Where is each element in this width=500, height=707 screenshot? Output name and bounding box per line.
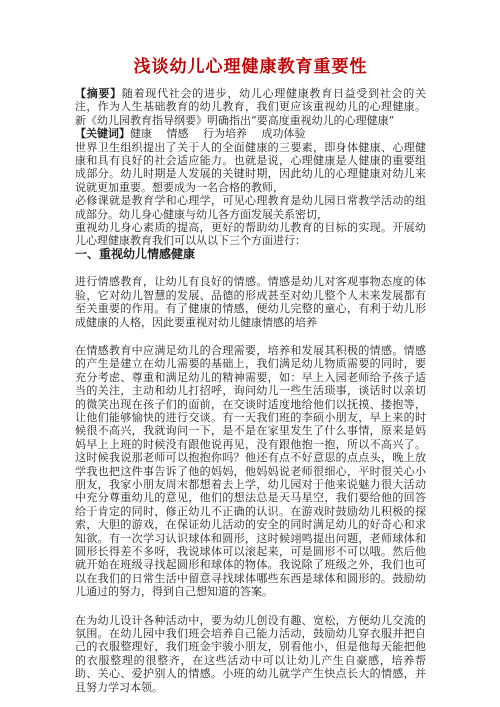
intro-paragraph-1: 世界卫生组织提出了关于人的全面健康的三要素，即身体健康、心理健康和具有良好的社会…: [75, 141, 426, 195]
section1-paragraph-3: 在为幼儿设计各种活动中，要为幼儿创设有趣、宽松，方便幼儿交流的氛围。在幼儿园中我…: [75, 614, 426, 694]
document-title: 浅谈幼儿心理健康教育重要性: [75, 56, 426, 78]
keywords-label: 【关键词】: [75, 127, 130, 140]
section-heading-emotional-health: 一、重视幼儿情感健康: [75, 248, 426, 261]
keywords-text: 健康 情感 行为培养 成功体验: [130, 127, 306, 140]
keywords-paragraph: 【关键词】健康 情感 行为培养 成功体验: [75, 127, 426, 140]
abstract-paragraph: 【摘要】随着现代社会的进步，幼儿心理健康教育日益受到社会的关注，作为人生基础教育…: [75, 87, 426, 127]
section1-paragraph-1: 进行情感教育，让幼儿有良好的情感。情感是幼儿对客观事物态度的体验，它对幼儿智慧的…: [75, 275, 426, 329]
document-page: 浅谈幼儿心理健康教育重要性 【摘要】随着现代社会的进步，幼儿心理健康教育日益受到…: [0, 0, 500, 707]
section1-paragraph-2: 在情感教育中应满足幼儿的合理需要，培养和发展其积极的情感。情感的产生是建立在幼儿…: [75, 344, 426, 599]
intro-paragraph-2: 必修课就是教育学和心理学，可见心理教育是幼儿园日常教学活动的组成部分。幼儿身心健…: [75, 194, 426, 221]
abstract-text: 随着现代社会的进步，幼儿心理健康教育日益受到社会的关注，作为人生基础教育的幼儿教…: [75, 87, 426, 127]
abstract-label: 【摘要】: [75, 87, 122, 100]
intro-paragraph-3: 重视幼儿身心素质的提高，更好的帮助幼儿教育的目标的实现。开展幼儿心理健康教育我们…: [75, 221, 426, 248]
